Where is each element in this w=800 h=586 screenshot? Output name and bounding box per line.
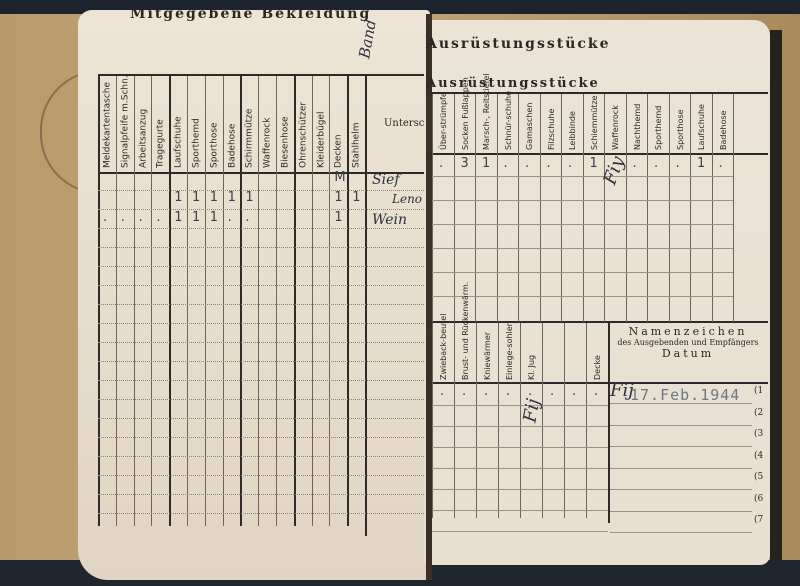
pencil-mark: 1 bbox=[192, 210, 200, 225]
column-header: Sporthemd bbox=[189, 80, 204, 168]
row-line bbox=[98, 399, 426, 400]
row-line bbox=[98, 266, 426, 267]
column-header: Laufschuhe bbox=[171, 80, 186, 168]
pencil-mark: . bbox=[594, 384, 598, 399]
pencil-mark: 1 bbox=[228, 190, 236, 205]
row-line bbox=[432, 200, 733, 201]
row-line bbox=[98, 228, 426, 229]
column-divider bbox=[312, 76, 313, 526]
column-header: Arbeitsanzug bbox=[136, 80, 151, 168]
entry-number: (2 bbox=[754, 408, 763, 418]
pencil-mark: . bbox=[440, 384, 444, 399]
row-line bbox=[98, 513, 426, 514]
pencil-mark: 1 bbox=[210, 190, 218, 205]
column-divider bbox=[134, 76, 135, 526]
row-line bbox=[98, 437, 426, 438]
row-line bbox=[432, 426, 608, 427]
column-header: Badehose bbox=[225, 80, 240, 168]
pencil-mark: . bbox=[506, 384, 510, 399]
row-line bbox=[432, 248, 733, 249]
column-header: Waffenrock bbox=[260, 80, 275, 168]
pencil-mark: . bbox=[568, 156, 572, 171]
pencil-mark: . bbox=[462, 384, 466, 399]
left-page-title: Mitgegebene Bekleidung bbox=[130, 6, 371, 22]
pencil-mark: . bbox=[504, 156, 508, 171]
column-header: Waffenrock bbox=[606, 98, 625, 150]
date-stamp: 17.Feb.1944 bbox=[630, 386, 740, 404]
entry-line bbox=[610, 532, 752, 533]
row-line bbox=[432, 468, 608, 469]
column-header: Badehose bbox=[714, 98, 733, 150]
pencil-mark: . bbox=[121, 210, 125, 225]
column-divider bbox=[223, 76, 224, 526]
column-divider bbox=[187, 76, 188, 526]
pencil-mark: . bbox=[572, 384, 576, 399]
row-line bbox=[98, 247, 426, 248]
column-header: Über-strümpfe bbox=[434, 98, 453, 150]
column-divider bbox=[540, 94, 541, 322]
row-line bbox=[432, 447, 608, 448]
column-header: Decke bbox=[588, 326, 607, 380]
pencil-mark: 3 bbox=[461, 156, 469, 171]
column-divider bbox=[205, 76, 206, 526]
row-line bbox=[432, 176, 733, 177]
column-divider bbox=[690, 94, 691, 322]
column-divider bbox=[365, 76, 367, 536]
column-header: Stahlhelm bbox=[349, 80, 364, 168]
namen-line2: des Ausgebenden und Empfängers bbox=[608, 338, 768, 347]
row-line bbox=[98, 342, 426, 343]
row-line bbox=[98, 361, 426, 362]
pencil-mark: . bbox=[633, 156, 637, 171]
pencil-mark: 1 bbox=[352, 190, 360, 205]
row-line bbox=[432, 272, 733, 273]
column-header: Kniewärmer bbox=[478, 326, 497, 380]
right-lower-header-rule bbox=[430, 382, 768, 384]
column-divider bbox=[712, 94, 713, 322]
namen-line3: Datum bbox=[608, 347, 768, 360]
column-divider bbox=[604, 94, 605, 322]
row-line bbox=[98, 304, 426, 305]
column-header: Marsch-, Reitstiefel bbox=[477, 98, 496, 150]
pencil-mark: 1 bbox=[482, 156, 490, 171]
column-divider bbox=[561, 94, 562, 322]
column-header: Biesenhose bbox=[278, 80, 293, 168]
row-line bbox=[432, 224, 733, 225]
column-divider bbox=[116, 76, 117, 526]
entry-line bbox=[610, 511, 752, 512]
column-header: Gamaschen bbox=[520, 98, 539, 150]
pencil-mark: 1 bbox=[697, 156, 705, 171]
pencil-mark: . bbox=[550, 384, 554, 399]
column-header: Leibbinde bbox=[563, 98, 582, 150]
row-line bbox=[98, 190, 426, 191]
pencil-mark: . bbox=[654, 156, 658, 171]
row-line bbox=[98, 456, 426, 457]
column-header: Schiemmütze bbox=[585, 98, 604, 150]
row-line bbox=[98, 209, 426, 210]
pencil-mark: 1 bbox=[174, 210, 182, 225]
column-divider bbox=[733, 94, 734, 322]
column-divider bbox=[432, 94, 433, 322]
column-header: Brust- und Rückenwärm. bbox=[456, 326, 475, 380]
column-divider bbox=[497, 94, 498, 322]
entry-line bbox=[610, 468, 752, 469]
row-line bbox=[432, 510, 608, 511]
column-header: Einlege-sohlen bbox=[500, 326, 519, 380]
pencil-mark: . bbox=[228, 210, 232, 225]
column-divider bbox=[518, 94, 519, 322]
row-line bbox=[98, 380, 426, 381]
column-header: Signalpfeife m.Schn. bbox=[118, 80, 133, 168]
column-divider bbox=[583, 94, 584, 322]
column-header: Sporthose bbox=[207, 80, 222, 168]
column-divider bbox=[276, 76, 277, 526]
column-divider bbox=[647, 94, 648, 322]
entry-number: (3 bbox=[754, 429, 763, 439]
pencil-mark: . bbox=[245, 210, 249, 225]
column-header: Socken Fußlappen bbox=[456, 98, 475, 150]
pencil-mark: 1 bbox=[334, 210, 342, 225]
entry-number: (7 bbox=[754, 515, 763, 525]
entry-number: (1 bbox=[754, 386, 763, 396]
pencil-mark: . bbox=[525, 156, 529, 171]
column-header: Schnür-schuhe bbox=[499, 98, 518, 150]
right-page-title: Ausrüstungsstücke bbox=[426, 76, 600, 91]
row-line bbox=[432, 405, 608, 406]
entry-line bbox=[610, 403, 752, 404]
column-header: Nachthemd bbox=[628, 98, 647, 150]
column-divider bbox=[669, 94, 670, 322]
column-header: Kl. Jug bbox=[522, 326, 541, 380]
pencil-mark: 1 bbox=[192, 190, 200, 205]
column-divider bbox=[454, 94, 455, 322]
column-header: Sporthemd bbox=[649, 98, 668, 150]
column-header: Meldekartentasche bbox=[100, 80, 115, 168]
column-header: Decken bbox=[331, 80, 346, 168]
namen-line1: Namenzeichen bbox=[608, 325, 768, 338]
pencil-mark: . bbox=[484, 384, 488, 399]
column-header: Laufschuhe bbox=[692, 98, 711, 150]
pencil-mark: 1 bbox=[334, 190, 342, 205]
pencil-mark: 1 bbox=[174, 190, 182, 205]
entry-line bbox=[610, 446, 752, 447]
signature-1: Sief bbox=[372, 172, 400, 188]
pencil-mark: . bbox=[547, 156, 551, 171]
entry-line bbox=[610, 425, 752, 426]
column-header: Tragegurte bbox=[153, 80, 168, 168]
entry-number: (5 bbox=[754, 472, 763, 482]
pencil-mark: . bbox=[139, 210, 143, 225]
pencil-mark: M bbox=[334, 170, 345, 185]
column-header: Zwieback-beutel bbox=[434, 326, 453, 380]
column-divider bbox=[475, 94, 476, 322]
row-line bbox=[98, 285, 426, 286]
bottom-signature: Fij bbox=[520, 397, 545, 424]
namenzeichen-header: Namenzeichen des Ausgebenden und Empfäng… bbox=[608, 325, 768, 360]
column-header: Kleiderbügel bbox=[314, 80, 329, 168]
row-line bbox=[98, 418, 426, 419]
signature-2: Leno bbox=[392, 192, 422, 206]
right-header-top-rule bbox=[430, 92, 768, 94]
pencil-mark: . bbox=[439, 156, 443, 171]
row-line bbox=[98, 494, 426, 495]
pencil-mark: . bbox=[719, 156, 723, 171]
row-line bbox=[432, 531, 608, 532]
pencil-mark: . bbox=[103, 210, 107, 225]
entry-line bbox=[610, 489, 752, 490]
row-line bbox=[98, 475, 426, 476]
pencil-mark: 1 bbox=[590, 156, 598, 171]
right-page-title-top: Ausrüstungsstücke bbox=[426, 36, 611, 52]
right-mid-rule bbox=[430, 321, 768, 323]
row-line bbox=[432, 296, 733, 297]
pencil-mark: . bbox=[676, 156, 680, 171]
header-top-rule bbox=[98, 74, 428, 76]
column-header: Schirmmütze bbox=[242, 80, 257, 168]
row-line bbox=[432, 489, 608, 490]
right-header-bottom-rule bbox=[430, 153, 768, 155]
column-divider bbox=[626, 94, 627, 322]
column-header: Ohrenschützer bbox=[296, 80, 311, 168]
pencil-mark: 1 bbox=[210, 210, 218, 225]
row-line bbox=[98, 323, 426, 324]
column-header: Filzschuhe bbox=[542, 98, 561, 150]
signature-3: Wein bbox=[372, 212, 407, 228]
pencil-mark: 1 bbox=[245, 190, 253, 205]
pencil-mark: . bbox=[156, 210, 160, 225]
entry-number: (6 bbox=[754, 494, 763, 504]
column-header: Sporthose bbox=[671, 98, 690, 150]
entry-number: (4 bbox=[754, 451, 763, 461]
page-edge bbox=[770, 30, 782, 560]
